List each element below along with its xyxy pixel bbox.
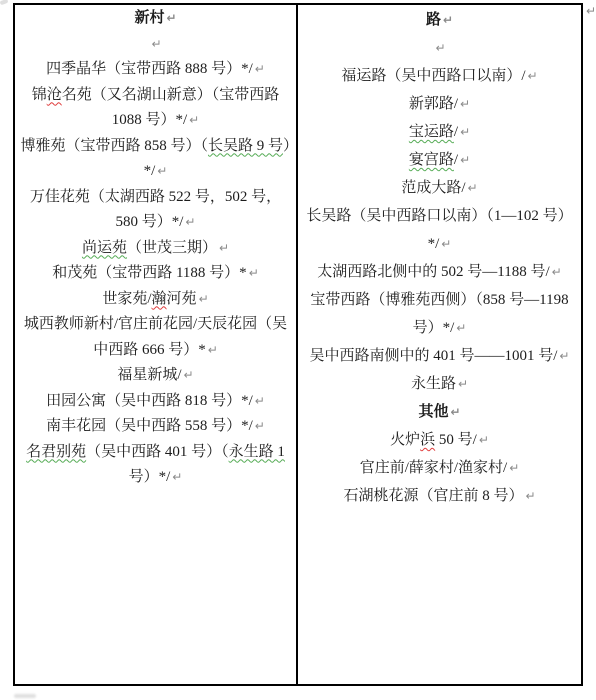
paragraph-mark-icon: ↵ (255, 394, 265, 408)
text-segment: 50 号/ (435, 432, 477, 448)
text-segment: 城西教师新村/官庄前花园/天辰花园（吴中西路 666 号）* (24, 316, 287, 358)
text-segment-green-underline: 名君别苑 (26, 444, 86, 460)
text-segment: 福运路（吴中西路口以南）/ (341, 68, 525, 84)
paragraph-mark-icon: ↵ (219, 241, 229, 255)
text-segment: 宝带西路（博雅苑西侧）（858 号—1198 号）*/ (310, 292, 568, 336)
address-paragraph: 太湖西路北侧中的 502 号—1188 号/↵ (302, 258, 577, 286)
text-segment: 和茂苑（宝带西路 1188 号）* (52, 265, 246, 281)
text-segment-red-underline: 瀚 (152, 291, 167, 307)
text-segment-red-underline: 沧 (47, 87, 62, 103)
text-segment: 福星新城/ (117, 367, 181, 383)
address-paragraph: 永生路↵ (302, 370, 577, 398)
address-paragraph: 火炉浜 50 号/↵ (302, 426, 577, 454)
text-segment: 万佳花苑（太湖西路 522 号，502 号，580 号）*/ (30, 189, 281, 231)
address-paragraph: 四季晶华（宝带西路 888 号）*/↵ (19, 57, 292, 83)
address-paragraph: 长吴路（吴中西路口以南）（1—102 号）*/↵ (302, 202, 577, 258)
row-end-paragraph-mark-icon: ↵ (586, 4, 596, 18)
empty-paragraph: ↵ (302, 34, 577, 62)
table-column-lu: 路↵↵福运路（吴中西路口以南）/↵新郭路/↵宝运路/↵宴宫路/↵范成大路/↵长吴… (298, 5, 581, 684)
address-paragraph: 其他↵ (302, 398, 577, 426)
address-paragraph: 宴宫路/↵ (302, 146, 577, 174)
paragraph-mark-icon: ↵ (255, 419, 265, 433)
paragraph-mark-icon: ↵ (528, 69, 538, 83)
text-segment: 长吴路（吴中西路口以南）（1—102 号）*/ (306, 208, 572, 252)
address-paragraph: 官庄前/薛家村/渔家村/↵ (302, 454, 577, 482)
text-segment: 世家苑/ (102, 291, 151, 307)
address-paragraph: 石湖桃花源（官庄前 8 号）↵ (302, 482, 577, 510)
text-segment: 锦 (32, 87, 47, 103)
text-segment: / (454, 124, 458, 140)
address-paragraph: 田园公寓（吴中西路 818 号）*/↵ (19, 389, 292, 415)
empty-paragraph: ↵ (19, 32, 292, 58)
paragraph-mark-icon: ↵ (460, 153, 470, 167)
address-table: 新村↵↵四季晶华（宝带西路 888 号）*/↵锦沧名苑（又名湖山新意）（宝带西路… (13, 3, 583, 686)
address-paragraph: 博雅苑（宝带西路 858 号）（长吴路 9 号）*/↵ (19, 134, 292, 185)
text-segment: 博雅苑（宝带西路 858 号）（ (20, 138, 208, 154)
text-segment-green-underline: 宝运路 (409, 124, 454, 140)
column-header-text: 路 (426, 12, 441, 28)
paragraph-mark-icon: ↵ (525, 489, 535, 503)
text-segment: 吴中西路南侧中的 401 号——1001 号/ (310, 348, 558, 364)
paragraph-mark-icon: ↵ (479, 433, 489, 447)
paragraph-mark-icon: ↵ (208, 343, 218, 357)
address-paragraph: 名君别苑（吴中西路 401 号）（永生路 1 号）*/↵ (19, 440, 292, 491)
paragraph-mark-icon: ↵ (450, 405, 460, 419)
column-header-text: 新村 (134, 10, 164, 26)
table-column-xincun: 新村↵↵四季晶华（宝带西路 888 号）*/↵锦沧名苑（又名湖山新意）（宝带西路… (15, 5, 298, 684)
text-segment-green-underline: 长吴路 9 号 (208, 138, 283, 154)
address-paragraph: 宝带西路（博雅苑西侧）（858 号—1198 号）*/↵ (302, 286, 577, 342)
paragraph-mark-icon: ↵ (185, 215, 195, 229)
paragraph-mark-icon: ↵ (189, 113, 199, 127)
text-segment-green-underline: 永生路 1 (229, 444, 285, 460)
address-paragraph: 宝运路/↵ (302, 118, 577, 146)
address-paragraph: 世家苑/瀚河苑↵ (19, 287, 292, 313)
text-segment: 官庄前/薛家村/渔家村/ (360, 460, 508, 476)
paragraph-mark-icon: ↵ (151, 37, 161, 51)
text-segment: 火炉 (390, 432, 420, 448)
paragraph-mark-icon: ↵ (249, 266, 259, 280)
text-segment: / (454, 152, 458, 168)
text-segment: 石湖桃花源（官庄前 8 号） (343, 488, 523, 504)
text-segment: 号）*/ (129, 469, 171, 485)
paragraph-mark-icon: ↵ (552, 265, 562, 279)
paragraph-mark-icon: ↵ (468, 181, 478, 195)
text-segment-green-underline: 尚运苑 (82, 240, 127, 256)
paragraph-mark-icon: ↵ (458, 377, 468, 391)
paragraph-mark-icon: ↵ (172, 470, 182, 484)
address-paragraph: 锦沧名苑（又名湖山新意）（宝带西路 1088 号）*/↵ (19, 83, 292, 134)
paragraph-mark-icon: ↵ (199, 292, 209, 306)
paragraph-mark-icon: ↵ (456, 321, 466, 335)
paragraph-mark-icon: ↵ (166, 11, 176, 25)
column-header: 新村↵ (19, 6, 292, 32)
text-segment: 其他 (418, 404, 448, 420)
paragraph-mark-icon: ↵ (435, 41, 445, 55)
paragraph-mark-icon: ↵ (441, 237, 451, 251)
text-segment: 河苑 (167, 291, 197, 307)
text-segment: 范成大路/ (401, 180, 465, 196)
paragraph-mark-icon: ↵ (509, 461, 519, 475)
text-segment: 名苑（又名湖山新意）（宝带西路 1088 号）*/ (62, 87, 280, 129)
text-segment-green-underline: 宴宫路 (409, 152, 454, 168)
address-paragraph: 城西教师新村/官庄前花园/天辰花园（吴中西路 666 号）*↵ (19, 312, 292, 363)
text-segment: 太湖西路北侧中的 502 号—1188 号/ (317, 264, 549, 280)
paragraph-mark-icon: ↵ (460, 125, 470, 139)
address-paragraph: 新郭路/↵ (302, 90, 577, 118)
column-header: 路↵ (302, 6, 577, 34)
paragraph-mark-icon: ↵ (255, 62, 265, 76)
text-segment: （世茂三期） (127, 240, 217, 256)
address-paragraph: 福运路（吴中西路口以南）/↵ (302, 62, 577, 90)
paragraph-mark-icon: ↵ (559, 349, 569, 363)
paragraph-mark-icon: ↵ (184, 368, 194, 382)
address-paragraph: 万佳花苑（太湖西路 522 号，502 号，580 号）*/↵ (19, 185, 292, 236)
address-paragraph: 南丰花园（吴中西路 558 号）*/↵ (19, 414, 292, 440)
address-paragraph: 尚运苑（世茂三期）↵ (19, 236, 292, 262)
text-segment: 南丰花园（吴中西路 558 号）*/ (46, 418, 253, 434)
text-segment-red-underline: 浜 (420, 432, 435, 448)
text-segment: 四季晶华（宝带西路 888 号）*/ (46, 61, 253, 77)
paragraph-mark-icon: ↵ (460, 97, 470, 111)
cropped-text-artifact-top (0, 0, 8, 5)
address-paragraph: 范成大路/↵ (302, 174, 577, 202)
address-paragraph: 福星新城/↵ (19, 363, 292, 389)
paragraph-mark-icon: ↵ (157, 164, 167, 178)
text-segment: 永生路 (411, 376, 456, 392)
paragraph-mark-icon: ↵ (443, 13, 453, 27)
address-paragraph: 吴中西路南侧中的 401 号——1001 号/↵ (302, 342, 577, 370)
text-segment: （吴中西路 401 号）（ (86, 444, 229, 460)
address-paragraph: 和茂苑（宝带西路 1188 号）*↵ (19, 261, 292, 287)
text-segment: 新郭路/ (409, 96, 458, 112)
text-segment: 田园公寓（吴中西路 818 号）*/ (46, 393, 253, 409)
cropped-text-artifact-bottom (14, 694, 36, 698)
